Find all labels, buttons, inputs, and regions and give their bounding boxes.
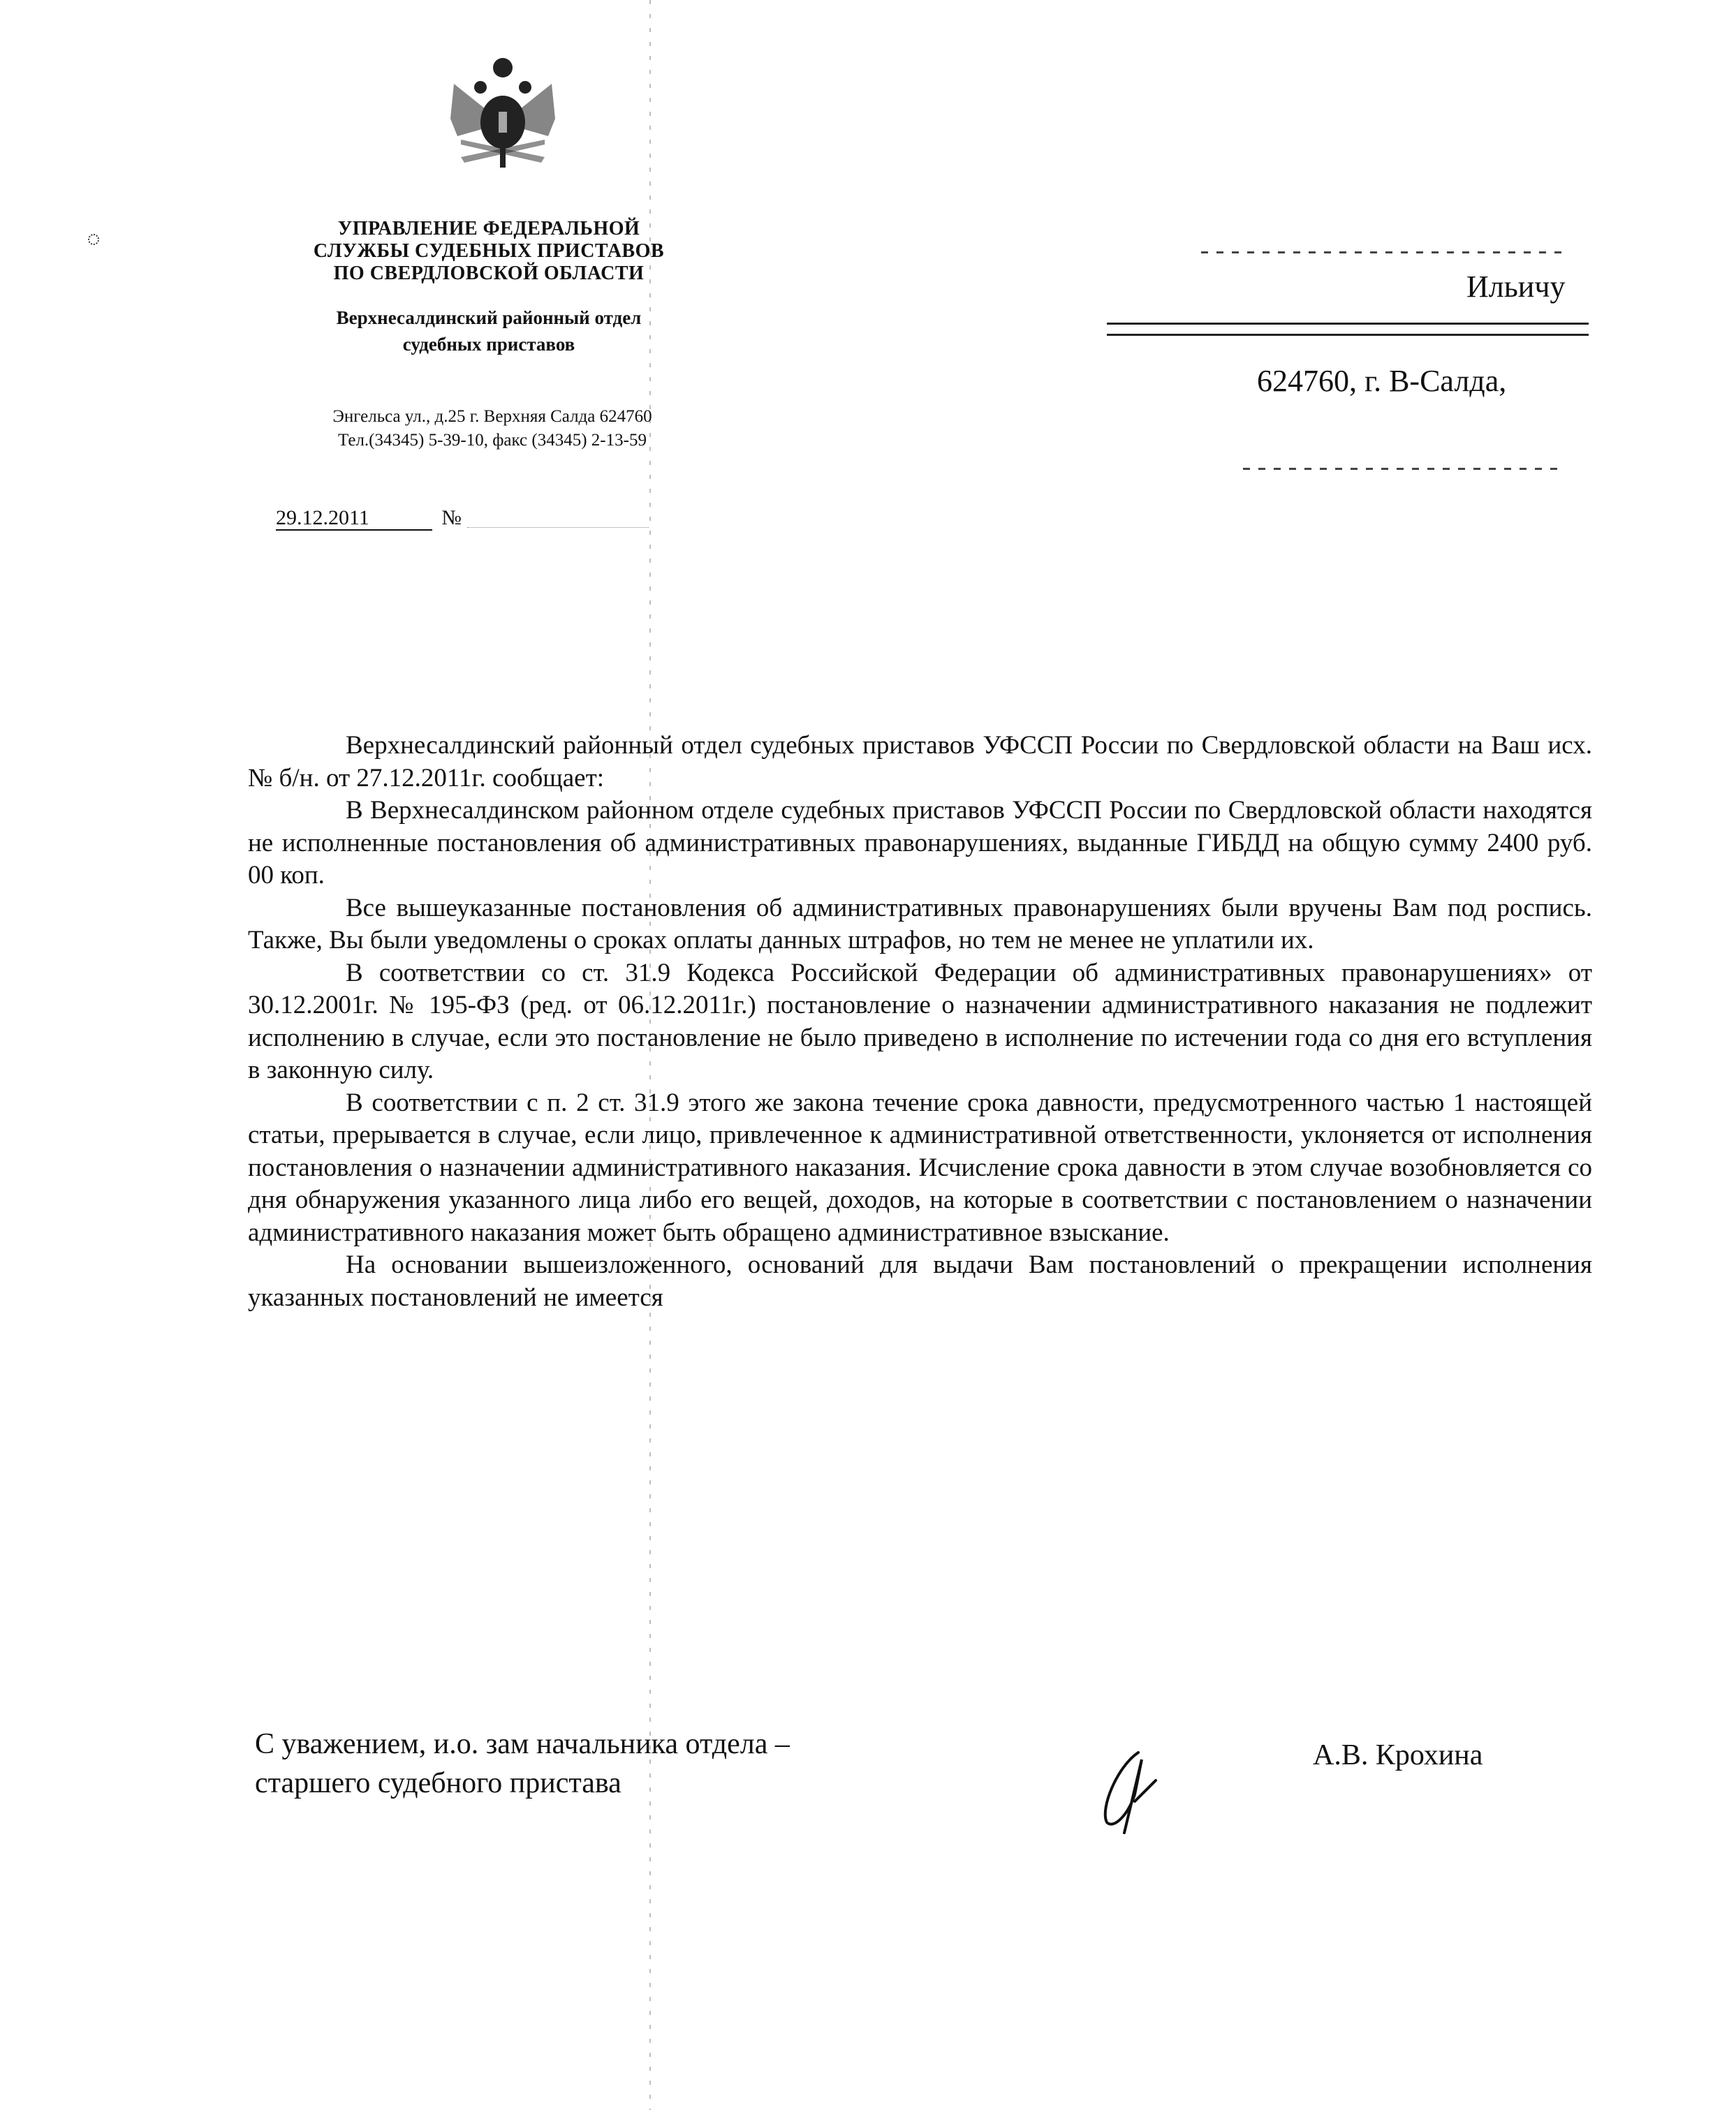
- redaction-rule: [1107, 323, 1589, 325]
- redacted-recipient-street: [1243, 468, 1564, 470]
- dept-name-line: Верхнесалдинский районный отдел: [265, 304, 712, 331]
- org-name-line: УПРАВЛЕНИЕ ФЕДЕРАЛЬНОЙ: [265, 218, 712, 240]
- org-phone: Тел.(34345) 5-39-10, факс (34345) 2-13-5…: [269, 429, 716, 452]
- body-paragraph: Верхнесалдинский районный отдел судебных…: [248, 730, 1592, 795]
- letter-body: Верхнесалдинский районный отдел судебных…: [248, 730, 1592, 1314]
- body-paragraph: На основании вышеизложенного, оснований …: [248, 1249, 1592, 1314]
- body-paragraph: Все вышеуказанные постановления об админ…: [248, 892, 1592, 957]
- punch-hole-mark: [88, 234, 99, 245]
- dept-name-line: судебных приставов: [265, 331, 712, 357]
- handwritten-signature-icon: [1096, 1739, 1173, 1836]
- outgoing-date-number: 29.12.2011 №: [276, 506, 649, 530]
- body-paragraph: В соответствии со ст. 31.9 Кодекса Росси…: [248, 957, 1592, 1087]
- redacted-recipient-surname: [1201, 251, 1564, 253]
- org-name-line: СЛУЖБЫ СУДЕБНЫХ ПРИСТАВОВ: [265, 240, 712, 263]
- org-address: Энгельса ул., д.25 г. Верхняя Салда 6247…: [269, 405, 716, 429]
- body-paragraph: В соответствии с п. 2 ст. 31.9 этого же …: [248, 1087, 1592, 1250]
- letterhead-contacts: Энгельса ул., д.25 г. Верхняя Салда 6247…: [269, 405, 716, 452]
- closing-block: С уважением, и.о. зам начальника отдела …: [255, 1725, 790, 1803]
- recipient-address: 624760, г. В-Салда,: [1257, 363, 1506, 399]
- signer-name: А.В. Крохина: [1313, 1739, 1483, 1772]
- redacted-number: [467, 512, 649, 528]
- letter-date: 29.12.2011: [276, 506, 432, 531]
- number-label: №: [441, 506, 462, 529]
- double-headed-eagle-emblem-icon: [440, 52, 566, 171]
- closing-line: старшего судебного пристава: [255, 1764, 790, 1803]
- org-name-line: ПО СВЕРДЛОВСКОЙ ОБЛАСТИ: [265, 263, 712, 285]
- recipient-name: Ильичу: [1466, 269, 1565, 304]
- body-paragraph: В Верхнесалдинском районном отделе судеб…: [248, 795, 1592, 892]
- redaction-rule: [1107, 334, 1589, 336]
- closing-line: С уважением, и.о. зам начальника отдела …: [255, 1725, 790, 1764]
- letterhead: УПРАВЛЕНИЕ ФЕДЕРАЛЬНОЙ СЛУЖБЫ СУДЕБНЫХ П…: [265, 218, 712, 357]
